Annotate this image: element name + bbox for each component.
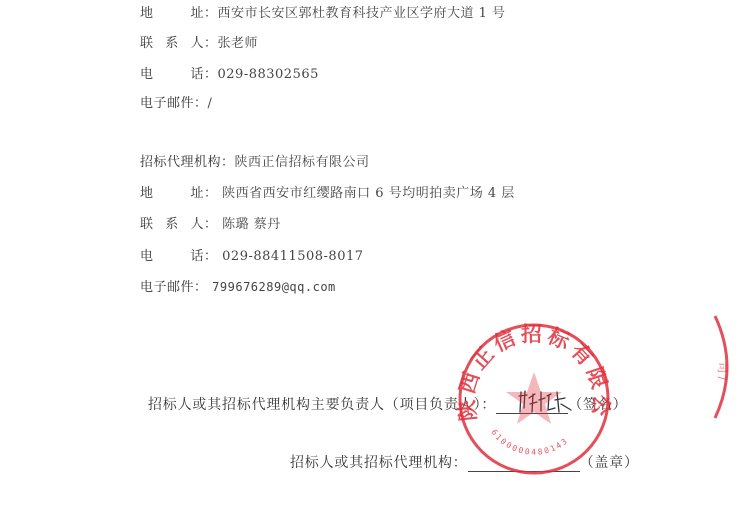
phone-label: 电 话: [140, 67, 204, 83]
seal-note: （盖章）: [580, 455, 639, 471]
email-label: 电子邮件: [140, 280, 194, 296]
tenderer-contact: 张老师: [218, 36, 259, 51]
agency-name: 陕西正信招标有限公司: [235, 155, 370, 170]
agency-contact-row: 联 系 人 ： 陈璐 蔡丹: [140, 217, 281, 233]
contact-label: 联 系 人: [140, 36, 204, 52]
agency-contact: 陈璐 蔡丹: [222, 217, 281, 232]
tenderer-contact-row: 联 系 人 ：张老师: [140, 36, 258, 52]
tenderer-email: /: [208, 96, 213, 111]
contact-label: 联 系 人: [140, 217, 204, 233]
agency-name-row: 招标代理机构：陕西正信招标有限公司: [140, 155, 370, 171]
agency-email: 799676289@qq.com: [212, 280, 336, 294]
svg-text:司 /: 司 /: [716, 362, 729, 380]
agency-address: 陕西省西安市红缨路南口 6 号均明拍卖广场 4 层: [222, 186, 515, 201]
agency-phone: 029-88411508-8017: [222, 249, 363, 264]
tenderer-address: 西安市长安区郭杜教育科技产业区学府大道 1 号: [218, 6, 506, 21]
responsible-label: 招标人或其招标代理机构主要负责人（项目负责人）：: [148, 397, 496, 413]
agency-email-row: 电子邮件： 799676289@qq.com: [140, 279, 336, 296]
email-label: 电子邮件: [140, 96, 194, 112]
tenderer-phone-row: 电 话 ：029-88302565: [140, 67, 319, 83]
agency-address-row: 地 址 ： 陕西省西安市红缨路南口 6 号均明拍卖广场 4 层: [140, 186, 515, 202]
phone-label: 电 话: [140, 249, 204, 265]
svg-text:6100000480143: 6100000480143: [489, 428, 570, 457]
tenderer-address-row: 地 址 ：西安市长安区郭杜教育科技产业区学府大道 1 号: [140, 6, 506, 22]
organization-seal-row: 招标人或其招标代理机构：（盖章）: [290, 454, 639, 472]
agency-label: 招标代理机构: [140, 155, 221, 171]
tenderer-phone: 029-88302565: [218, 67, 319, 82]
org-label: 招标人或其招标代理机构：: [290, 455, 468, 471]
address-label: 地 址: [140, 186, 204, 202]
partial-seal-stamp: 司 /: [705, 312, 744, 422]
signature-field: [496, 397, 568, 414]
tenderer-email-row: 电子邮件：/: [140, 96, 212, 112]
seal-field: [468, 455, 580, 472]
sign-note: （签名）: [568, 397, 627, 413]
agency-phone-row: 电 话 ： 029-88411508-8017: [140, 249, 364, 265]
address-label: 地 址: [140, 6, 204, 22]
responsible-person-row: 招标人或其招标代理机构主要负责人（项目负责人）：（签名）: [148, 396, 627, 414]
